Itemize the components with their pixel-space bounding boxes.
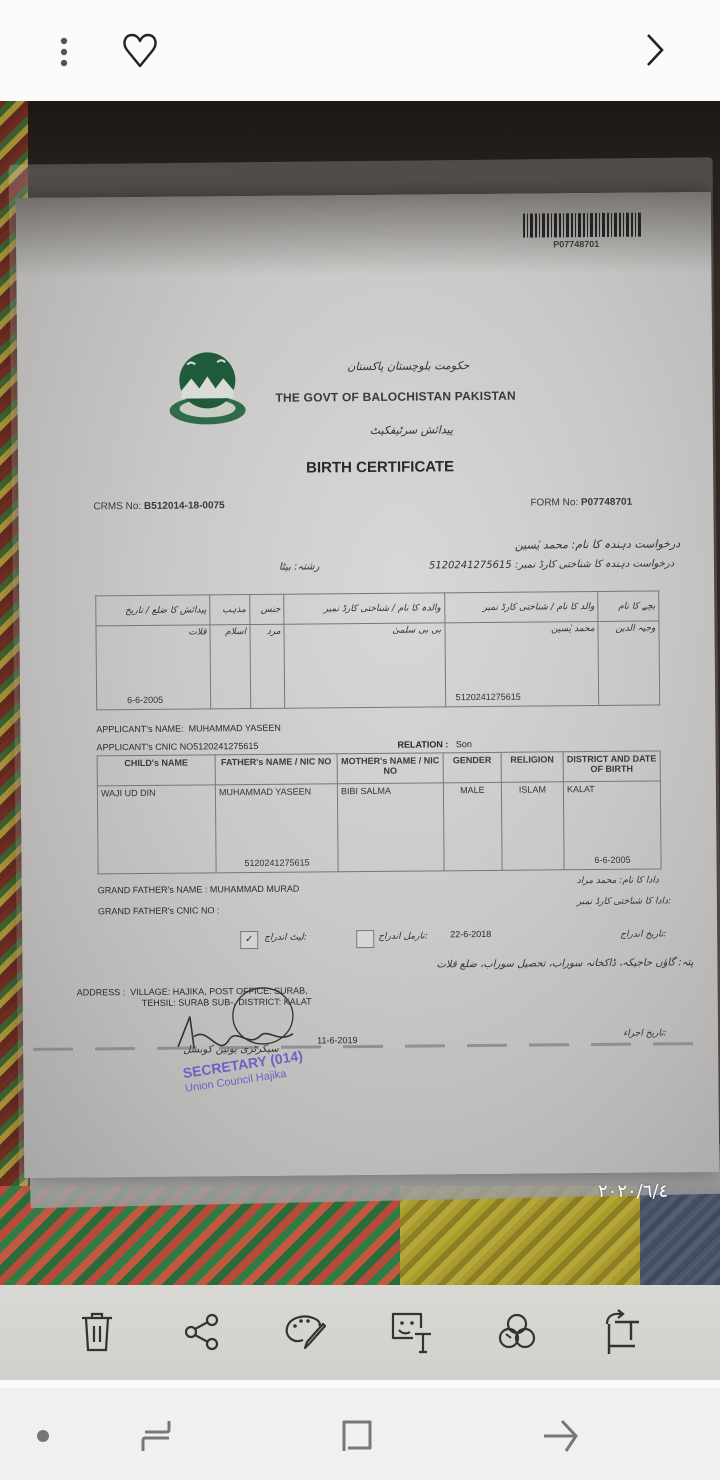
crop-rotate-button[interactable] xyxy=(596,1307,646,1357)
govt-urdu-heading: حکومت بلوچستان پاکستان xyxy=(347,359,469,373)
certificate-urdu-title: پیدائش سرٹیفکیٹ xyxy=(370,423,453,437)
chevron-right-icon xyxy=(639,30,669,70)
cell-father-cnic: 5120241275615 xyxy=(217,857,338,868)
home-square-icon xyxy=(338,1416,378,1456)
relation: RELATION : Son xyxy=(397,739,471,750)
english-details-table: CHILD's NAME FATHER's NAME / NIC NO MOTH… xyxy=(97,750,662,874)
urdu-address: پتہ: گاؤں حاجیکہ، ڈاکخانہ سوراب، تحصیل س… xyxy=(436,957,693,970)
urdu-applicant-name: درخواست دہندہ کا نام: محمد یٰسین xyxy=(515,537,680,551)
balochistan-emblem-icon xyxy=(165,346,250,431)
more-options-button[interactable] xyxy=(36,22,92,78)
issue-date-label: تاریخ اجراء: xyxy=(623,1028,667,1038)
back-button[interactable] xyxy=(538,1414,582,1458)
more-vertical-icon xyxy=(54,30,74,70)
registration-date-label: تاریخ اندراج: xyxy=(620,929,666,939)
late-entry-label: لیٹ اندراج: xyxy=(264,933,307,943)
normal-entry-label: نارمل اندراج: xyxy=(378,931,428,941)
signature-line xyxy=(33,1042,713,1051)
applicant-cnic: APPLICANT's CNIC NO5120241275615 xyxy=(96,741,258,752)
dot-icon xyxy=(35,1428,51,1444)
home-button[interactable] xyxy=(336,1414,380,1458)
birth-certificate-document: P07748701 حکومت بلوچستان پاکستان THE GOV… xyxy=(16,192,720,1178)
urdu-grandfather-cnic: دادا کا شناختی کارڈ نمبر: xyxy=(577,896,671,907)
edit-button[interactable] xyxy=(282,1307,332,1357)
delete-button[interactable] xyxy=(72,1307,122,1357)
urdu-header-religion: مذہب xyxy=(210,595,250,625)
back-arrow-icon xyxy=(540,1416,580,1456)
urdu-cell-father-cnic: 5120241275615 xyxy=(456,692,521,703)
urdu-cell-mother: بی بی سلمیٰ xyxy=(284,623,445,708)
cell-gender: MALE xyxy=(443,782,502,871)
grandfather-cnic: GRAND FATHER's CNIC NO : xyxy=(98,905,220,916)
crms-number: CRMS No: B512014-18-0075 xyxy=(93,500,224,512)
urdu-cell-gender: مرد xyxy=(250,624,285,708)
urdu-cell-father: محمد یٰسین5120241275615 xyxy=(445,621,599,706)
face-text-icon xyxy=(387,1308,435,1356)
favorite-button[interactable] xyxy=(112,22,168,78)
urdu-header-gender: جنس xyxy=(249,594,284,624)
palette-brush-icon xyxy=(283,1310,331,1354)
cell-father: MUHAMMAD YASEEN5120241275615 xyxy=(215,784,338,873)
header-gender: GENDER xyxy=(443,752,501,783)
trash-icon xyxy=(77,1310,117,1354)
dot-button[interactable] xyxy=(21,1414,65,1458)
crop-rotate-icon xyxy=(599,1308,643,1356)
photo-date-stamp: ٢٠٢٠/٦/٤ xyxy=(598,1181,668,1202)
heart-outline-icon xyxy=(120,30,160,70)
next-button[interactable] xyxy=(626,22,682,78)
applicant-name: APPLICANT's NAME: MUHAMMAD YASEEN xyxy=(96,723,281,735)
urdu-cell-dob: 6-6-2005 xyxy=(127,695,163,705)
photo-toolbar xyxy=(0,1285,720,1380)
registration-date: 22-6-2018 xyxy=(450,929,491,939)
cell-child-name: WAJI UD DIN xyxy=(97,785,216,874)
urdu-header-father: والد کا نام / شناختی کارڈ نمبر xyxy=(444,591,598,622)
system-navigation-bar xyxy=(0,1384,720,1480)
urdu-header-mother: والدہ کا نام / شناختی کارڈ نمبر xyxy=(284,593,445,624)
form-number: FORM No: P07748701 xyxy=(530,497,632,509)
header-father-name: FATHER's NAME / NIC NO xyxy=(215,754,337,785)
cell-dob: 6-6-2005 xyxy=(564,854,660,865)
cell-religion: ISLAM xyxy=(501,782,564,871)
barcode-number: P07748701 xyxy=(553,239,599,249)
urdu-grandfather-name: دادا کا نام: محمد مراد xyxy=(577,875,659,886)
grandfather-name: GRAND FATHER's NAME : MUHAMMAD MURAD xyxy=(98,884,300,896)
govt-heading: THE GOVT OF BALOCHISTAN PAKISTAN xyxy=(275,389,516,405)
urdu-cell-district: قلات6-6-2005 xyxy=(96,625,211,710)
cell-district: KALAT6-6-2005 xyxy=(563,781,661,870)
photo-viewer[interactable]: P07748701 حکومت بلوچستان پاکستان THE GOV… xyxy=(0,101,720,1285)
urdu-relation: رشتہ: بیٹا xyxy=(279,561,320,572)
share-button[interactable] xyxy=(177,1307,227,1357)
urdu-details-table: پیدائش کا ضلع / تاریخ مذہب جنس والدہ کا … xyxy=(95,590,660,710)
header-religion: RELIGION xyxy=(501,752,563,783)
normal-entry-checkbox xyxy=(356,930,374,948)
issue-date: 11-6-2019 xyxy=(317,1035,357,1045)
urdu-header-child: بچے کا نام xyxy=(598,591,659,622)
bixby-vision-button[interactable] xyxy=(492,1307,542,1357)
rug-background-yellow xyxy=(400,1186,720,1285)
recents-button[interactable] xyxy=(135,1414,179,1458)
certificate-title: BIRTH CERTIFICATE xyxy=(306,458,454,476)
urdu-applicant-cnic: درخواست دہندہ کا شناختی کارڈ نمبر: 51202… xyxy=(429,558,674,571)
urdu-cell-religion: اسلام xyxy=(210,625,250,709)
header-child-name: CHILD's NAME xyxy=(97,755,215,786)
late-entry-checkbox: ✓ xyxy=(240,931,258,949)
top-action-bar xyxy=(0,0,720,101)
barcode xyxy=(523,213,641,238)
circles-icon xyxy=(495,1310,539,1354)
urdu-header-dob: پیدائش کا ضلع / تاریخ xyxy=(96,595,210,626)
cell-mother: BIBI SALMA xyxy=(337,783,444,872)
share-icon xyxy=(182,1310,222,1354)
text-extract-button[interactable] xyxy=(386,1307,436,1357)
header-district-dob: DISTRICT AND DATE OF BIRTH xyxy=(563,751,660,782)
header-mother-name: MOTHER's NAME / NIC NO xyxy=(337,753,443,784)
recents-icon xyxy=(137,1416,177,1456)
urdu-cell-child: وجیہ الدین xyxy=(598,621,660,706)
